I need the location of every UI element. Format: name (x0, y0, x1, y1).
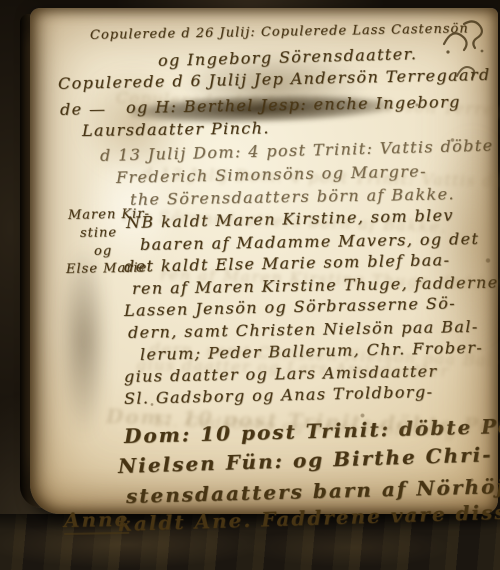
handwritten-line: Lassen Jensön og Sörbrasserne Sö- (124, 293, 456, 320)
handwritten-line: Copulerede d 26 Julij: Copulerede Lass C… (90, 21, 469, 43)
margin-note: stine (80, 225, 117, 241)
corner-ink-flourish-icon (438, 14, 490, 58)
handwritten-line: Laursdaatter Pinch. (82, 118, 270, 140)
margin-note: de — (60, 99, 107, 119)
margin-note: Anne (64, 507, 130, 535)
manuscript-page: Copulerede d 26 Julij: Copulerede Lass C… (30, 8, 498, 514)
handwriting-layer: Copulerede d 26 Julij: Copulerede Lass C… (30, 8, 498, 514)
handwritten-line: Nielsen Fün: og Birthe Chri- (118, 442, 493, 478)
handwritten-line: Sl. Gadsborg og Anas Troldborg- (124, 382, 434, 408)
line-end-flourish-icon (454, 62, 480, 82)
margin-note: Else Marie (66, 261, 148, 277)
handwritten-line: d 13 Julij Dom: 4 post Trinit: Vattis dö… (100, 136, 494, 165)
margin-note: og (94, 244, 112, 259)
handwritten-line: og Ingeborg Sörensdaatter. (158, 44, 418, 70)
